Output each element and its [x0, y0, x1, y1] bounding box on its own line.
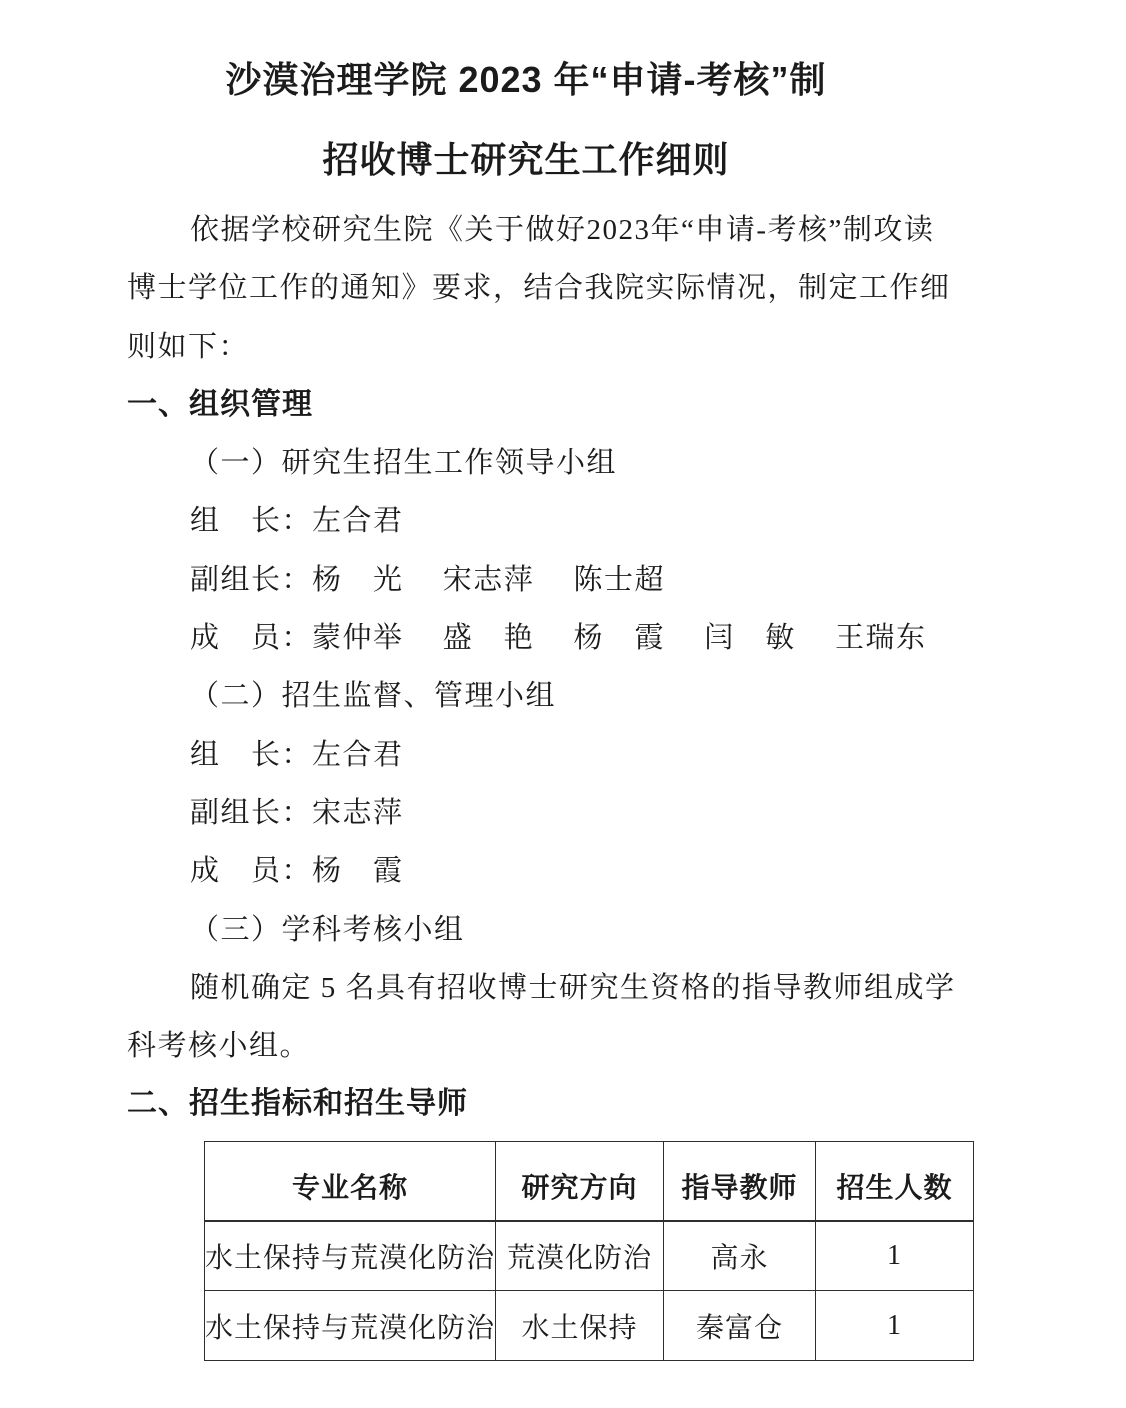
- cell-direction: 荒漠化防治: [496, 1221, 664, 1291]
- cell-direction: 水土保持: [496, 1291, 664, 1361]
- subsection3-note-line2: 科考核小组。: [127, 1017, 973, 1075]
- cell-major: 水土保持与荒漠化防治: [205, 1291, 496, 1361]
- table-header: 专业名称 研究方向 指导教师 招生人数: [205, 1142, 974, 1222]
- table-header-row: 专业名称 研究方向 指导教师 招生人数: [205, 1142, 974, 1222]
- group1-leader-line: 组 长：左合君: [127, 492, 973, 550]
- intro-paragraph-line1: 依据学校研究生院《关于做好2023年“申请-考核”制攻读: [127, 201, 973, 259]
- table-row: 水土保持与荒漠化防治 水土保持 秦富仓 1: [205, 1291, 974, 1361]
- group2-leader-line: 组 长：左合君: [127, 726, 973, 784]
- cell-major: 水土保持与荒漠化防治: [205, 1221, 496, 1291]
- enrollment-quota-table: 专业名称 研究方向 指导教师 招生人数 水土保持与荒漠化防治 荒漠化防治 高永 …: [204, 1141, 974, 1361]
- subsection3-title: （三）学科考核小组: [127, 901, 973, 959]
- document-title-line2: 招收博士研究生工作细则: [40, 138, 1012, 182]
- document-body: 依据学校研究生院《关于做好2023年“申请-考核”制攻读 博士学位工作的通知》要…: [127, 201, 973, 1134]
- document-page: 沙漠治理学院 2023 年“申请-考核”制 招收博士研究生工作细则 依据学校研究…: [0, 0, 1126, 1408]
- col-header-supervisor: 指导教师: [664, 1142, 816, 1222]
- cell-supervisor: 高永: [664, 1221, 816, 1291]
- cell-quota: 1: [816, 1221, 974, 1291]
- table-row: 水土保持与荒漠化防治 荒漠化防治 高永 1: [205, 1221, 974, 1291]
- col-header-major: 专业名称: [205, 1142, 496, 1222]
- section2-heading: 二、招生指标和招生导师: [127, 1075, 973, 1133]
- cell-supervisor: 秦富仓: [664, 1291, 816, 1361]
- intro-paragraph-line3: 则如下：: [127, 318, 973, 376]
- intro-paragraph-line2: 博士学位工作的通知》要求，结合我院实际情况，制定工作细: [127, 259, 973, 317]
- subsection2-title: （二）招生监督、管理小组: [127, 667, 973, 725]
- group1-deputy-line: 副组长：杨 光 宋志萍 陈士超: [127, 551, 973, 609]
- group1-members-line: 成 员：蒙仲举 盛 艳 杨 霞 闫 敏 王瑞东: [127, 609, 973, 667]
- document-title-line1: 沙漠治理学院 2023 年“申请-考核”制: [40, 58, 1012, 102]
- cell-quota: 1: [816, 1291, 974, 1361]
- section1-heading: 一、组织管理: [127, 376, 973, 434]
- subsection1-title: （一）研究生招生工作领导小组: [127, 434, 973, 492]
- group2-deputy-line: 副组长：宋志萍: [127, 784, 973, 842]
- col-header-direction: 研究方向: [496, 1142, 664, 1222]
- subsection3-note-line1: 随机确定 5 名具有招收博士研究生资格的指导教师组成学: [127, 959, 973, 1017]
- group2-members-line: 成 员：杨 霞: [127, 842, 973, 900]
- col-header-quota: 招生人数: [816, 1142, 974, 1222]
